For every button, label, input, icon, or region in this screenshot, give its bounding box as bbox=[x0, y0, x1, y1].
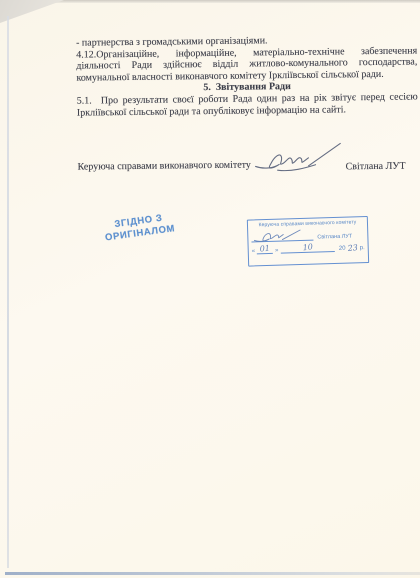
date-open-quote: « bbox=[252, 248, 256, 254]
clause-5-1: 5.1. Про результати своєї роботи Рада од… bbox=[77, 91, 418, 118]
date-year-suffix: р. bbox=[360, 245, 365, 251]
date-day-handwritten: 01 bbox=[260, 245, 271, 253]
certification-box-signature-row: Світлана ЛУТ bbox=[251, 226, 364, 242]
signatory-title: Керуюча справами виконавчого комітету bbox=[77, 160, 250, 173]
copy-stamp: ЗГІДНО З ОРИГІНАЛОМ bbox=[86, 209, 192, 246]
date-close-quote: » bbox=[275, 248, 279, 254]
body-text-block: - партнерства з громадськими організація… bbox=[76, 33, 418, 118]
clause-4-12: 4.12.Організаційне, інформаційне, матері… bbox=[76, 45, 417, 84]
scanned-page: - партнерства з громадськими організація… bbox=[0, 0, 420, 578]
date-month-handwritten: 10 bbox=[302, 243, 313, 251]
date-year-handwritten: 23 bbox=[347, 244, 358, 252]
signatory-name: Світлана ЛУТ bbox=[346, 161, 406, 173]
date-day-blank: 01 bbox=[257, 245, 273, 254]
certification-stamp-box: Керуюча справами виконавчого комітету Св… bbox=[247, 216, 369, 267]
certification-box-name: Світлана ЛУТ bbox=[317, 233, 352, 240]
certification-box-date-row: « 01 » 10 20 23 р. bbox=[252, 242, 365, 254]
document-content: - партнерства з громадськими організація… bbox=[0, 0, 420, 578]
handwritten-signature-small bbox=[252, 228, 308, 245]
signature-line bbox=[251, 227, 313, 243]
handwritten-signature bbox=[251, 140, 347, 177]
date-month-blank: 10 bbox=[280, 243, 335, 254]
date-year-prefix: 20 bbox=[339, 246, 346, 252]
